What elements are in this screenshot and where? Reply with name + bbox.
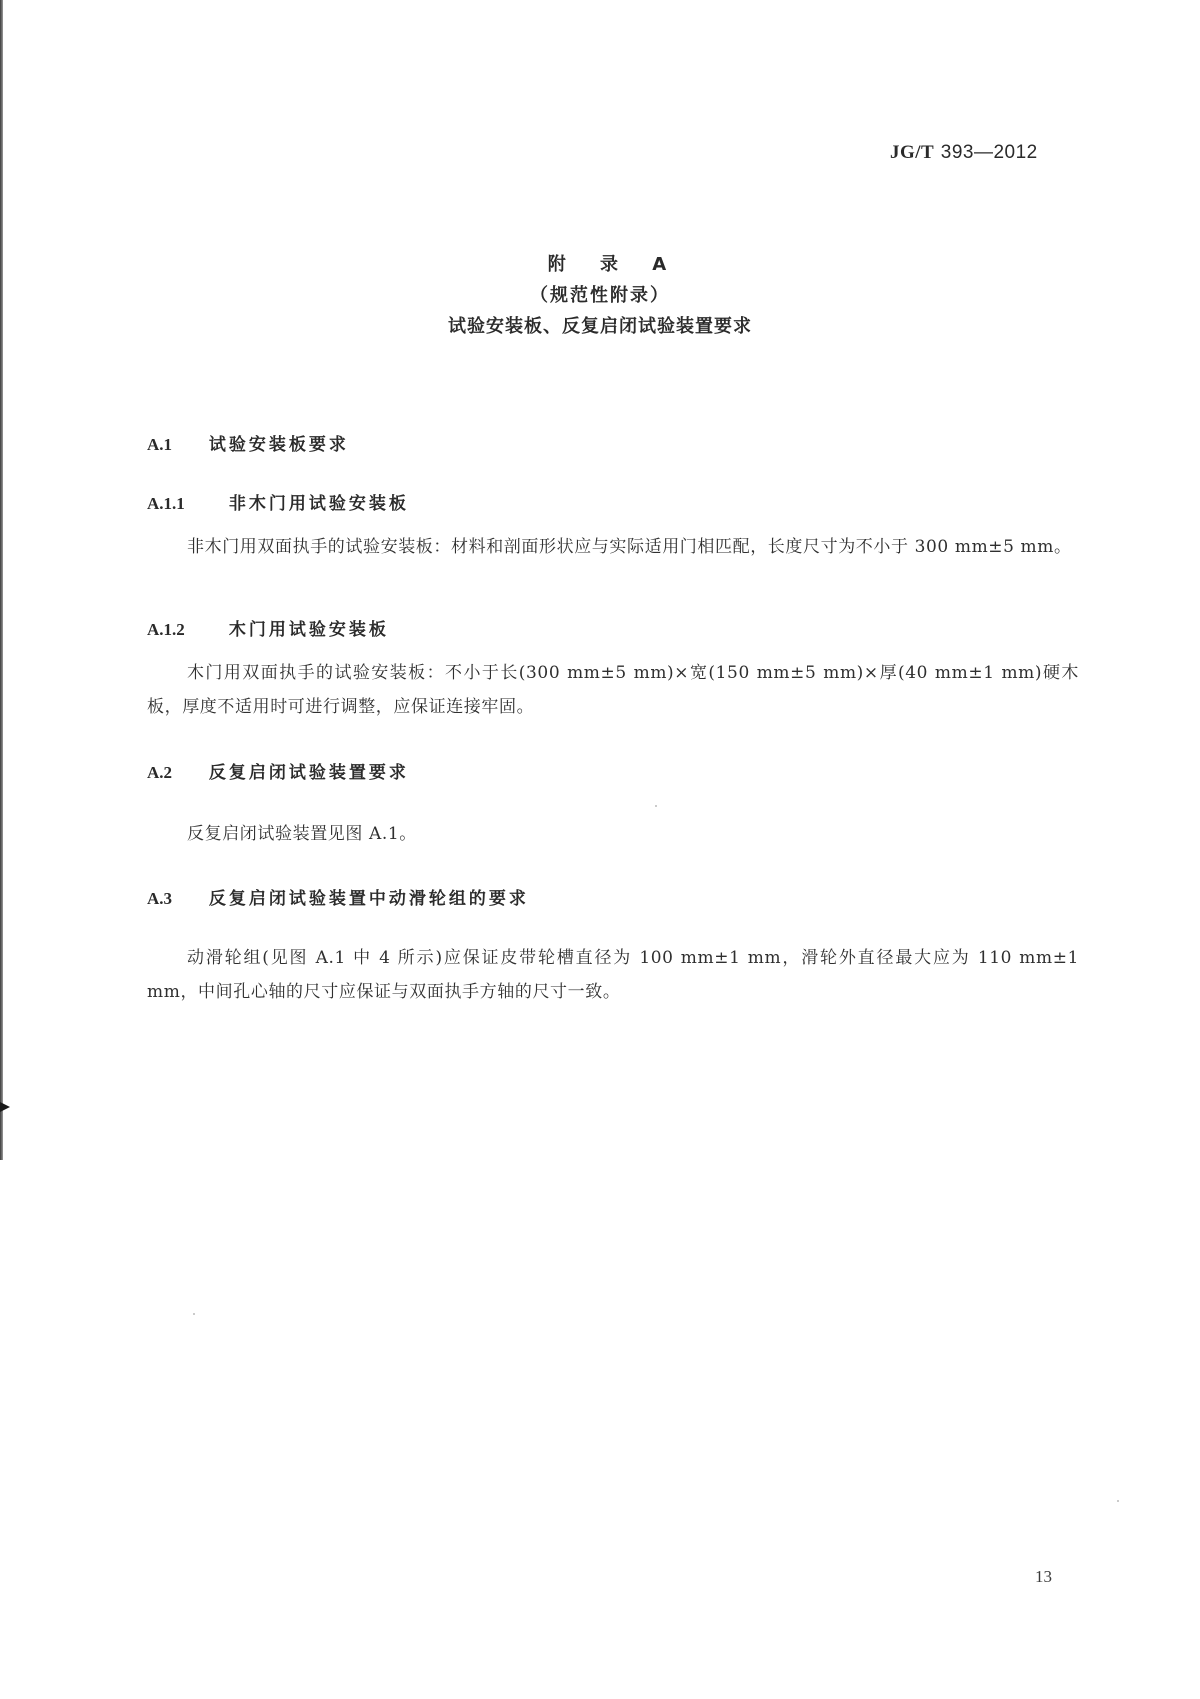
section-title: 木门用试验安装板 [229, 620, 389, 640]
scan-speck [193, 1313, 195, 1315]
section-title: 非木门用试验安装板 [229, 494, 409, 514]
section-heading-a1-1: A.1.1 非木门用试验安装板 [147, 489, 409, 514]
section-title: 反复启闭试验装置中动滑轮组的要求 [209, 889, 529, 909]
section-body-a1-2: 木门用双面执手的试验安装板：不小于长(300 mm±5 mm)×宽(150 mm… [147, 656, 1079, 724]
section-number: A.1 [147, 435, 203, 455]
appendix-subtitle: （规范性附录） [0, 281, 1200, 307]
appendix-title: 附 录 A [0, 250, 1200, 276]
standard-prefix: JG/T [890, 142, 934, 163]
standard-number: 393—2012 [941, 142, 1038, 163]
section-number: A.1.2 [147, 620, 223, 640]
scan-speck [1117, 1500, 1119, 1502]
section-number: A.2 [147, 763, 203, 783]
appendix-heading: 试验安装板、反复启闭试验装置要求 [0, 312, 1200, 338]
section-number: A.1.1 [147, 494, 223, 514]
scan-edge-shadow [0, 0, 3, 1160]
section-heading-a2: A.2 反复启闭试验装置要求 [147, 758, 409, 783]
section-heading-a1: A.1 试验安装板要求 [147, 430, 349, 455]
section-number: A.3 [147, 889, 203, 909]
page-number: 13 [1035, 1567, 1052, 1587]
section-heading-a1-2: A.1.2 木门用试验安装板 [147, 615, 389, 640]
section-body-a2: 反复启闭试验装置见图 A.1。 [147, 817, 1079, 851]
section-body-a1-1: 非木门用双面执手的试验安装板：材料和剖面形状应与实际适用门相匹配，长度尺寸为不小… [147, 530, 1079, 564]
section-title: 反复启闭试验装置要求 [209, 763, 409, 783]
scan-binding-mark [0, 1102, 10, 1112]
standard-code: JG/T 393—2012 [890, 141, 1038, 164]
section-title: 试验安装板要求 [209, 435, 349, 455]
section-heading-a3: A.3 反复启闭试验装置中动滑轮组的要求 [147, 884, 529, 909]
scan-speck [655, 805, 657, 807]
section-body-a3: 动滑轮组(见图 A.1 中 4 所示)应保证皮带轮槽直径为 100 mm±1 m… [147, 941, 1079, 1009]
